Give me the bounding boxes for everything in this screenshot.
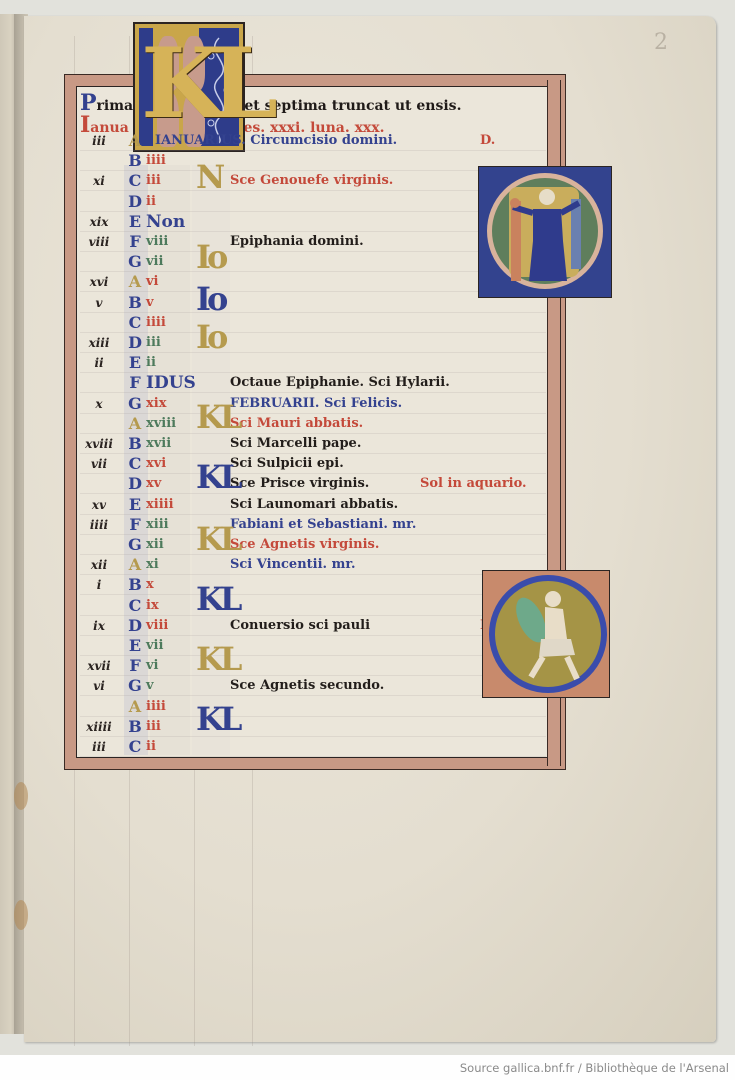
calendar-row: iiiiFxiiiFabiani et Sebastiani. mr. [80, 515, 548, 535]
roman-day: xii [146, 535, 192, 555]
dominical-letter: C [126, 171, 144, 191]
roman-day: ii [146, 192, 192, 212]
feast-entry: Sce Agnetis virginis. [230, 535, 379, 555]
dominical-letter: C [126, 737, 144, 757]
dominical-letter: E [126, 495, 144, 515]
calendar-row: xGxixFEBRUARII. Sci Felicis. [80, 394, 548, 414]
roman-day: v [146, 293, 192, 313]
roman-day: vi [146, 656, 192, 676]
golden-number: xiiii [80, 717, 118, 737]
roman-day: iiii [146, 151, 192, 171]
roman-day: viii [146, 232, 192, 252]
dominical-letter: G [126, 252, 144, 272]
kalends-mark: KL [196, 520, 238, 558]
dominical-letter: D [126, 333, 144, 353]
feast-entry: FEBRUARII. Sci Felicis. [230, 394, 402, 414]
feast-entry: Sce Agnetis secundo. [230, 676, 384, 696]
calendar-row: Cix [80, 596, 548, 616]
calendar-row: iiiCii [80, 737, 548, 757]
calendar-row: xiiiDiii [80, 333, 548, 353]
roman-day: Non [146, 212, 192, 232]
feast-entry: Sci Mauri abbatis. [230, 414, 363, 434]
miniature-aquarius [482, 570, 610, 698]
calendar-row: Ciiii [80, 313, 548, 333]
golden-number: xix [80, 212, 118, 232]
dominical-letter: A [126, 272, 144, 292]
feast-entry: Fabiani et Sebastiani. mr. [230, 515, 416, 535]
calendar-row: iBx [80, 575, 548, 595]
dominical-letter: G [126, 676, 144, 696]
kalends-mark: KL [196, 700, 238, 738]
golden-number: iii [80, 737, 118, 757]
dominical-letter: C [126, 454, 144, 474]
feast-entry: Sce Genouefe virginis. [230, 171, 393, 191]
calendar-row: xviiFvi [80, 656, 548, 676]
feast-entry: Sci Sulpicii epi. [230, 454, 344, 474]
golden-number: x [80, 394, 118, 414]
calendar-row: AxviiiSci Mauri abbatis. [80, 414, 548, 434]
golden-number: v [80, 293, 118, 313]
marginal-note: D. [480, 131, 495, 151]
golden-number: ii [80, 353, 118, 373]
dominical-letter: D [126, 616, 144, 636]
dominical-letter: G [126, 394, 144, 414]
calendar-row: viGvSce Agnetis secundo. [80, 676, 548, 696]
roman-day: xviii [146, 414, 192, 434]
dominical-letter: F [126, 656, 144, 676]
calendar-row: iiiAKLIANUARIUS. Circumcisio domini.D. [80, 131, 548, 151]
roman-day: v [146, 676, 192, 696]
marginal-note: Sol in aquario. [420, 474, 527, 494]
dominical-letter: E [126, 212, 144, 232]
dominical-letter: F [126, 232, 144, 252]
calendar-row: GxiiSce Agnetis virginis. [80, 535, 548, 555]
feast-entry: Conuersio sci pauli [230, 616, 370, 636]
roman-day: xiiii [146, 495, 192, 515]
golden-number: ix [80, 616, 118, 636]
dominical-letter: D [126, 474, 144, 494]
feast-entry: Sci Launomari abbatis. [230, 495, 398, 515]
roman-day: iiii [146, 697, 192, 717]
calendar-row: xiiiiBiii [80, 717, 548, 737]
roman-day: xi [146, 555, 192, 575]
roman-day: xv [146, 474, 192, 494]
kalends-mark: Io [196, 280, 224, 318]
roman-day: iii [146, 717, 192, 737]
golden-number: iiii [80, 515, 118, 535]
calendar-row: Aiiii [80, 697, 548, 717]
golden-number: vii [80, 454, 118, 474]
dominical-letter: B [126, 434, 144, 454]
kalends-mark: Io [196, 238, 224, 276]
dominical-letter: D [126, 192, 144, 212]
feast-entry: Octaue Epiphanie. Sci Hylarii. [230, 373, 450, 393]
roman-day: xix [146, 394, 192, 414]
dominical-letter: B [126, 293, 144, 313]
source-credit: Source gallica.bnf.fr / Bibliothèque de … [460, 1061, 729, 1075]
calendar-row: iiEii [80, 353, 548, 373]
dominical-letter: G [126, 535, 144, 555]
roman-day: vii [146, 252, 192, 272]
dominical-letter: A [126, 697, 144, 717]
roman-day: iii [146, 333, 192, 353]
dominical-letter: A [126, 414, 144, 434]
calendar-row: viiCxviSci Sulpicii epi. [80, 454, 548, 474]
roman-day: vi [146, 272, 192, 292]
roman-day: xvi [146, 454, 192, 474]
miniature-janus [478, 166, 612, 298]
golden-number: xi [80, 171, 118, 191]
dominical-letter: B [126, 151, 144, 171]
golden-number: vi [80, 676, 118, 696]
roman-day: iii [146, 171, 192, 191]
dominical-letter: B [126, 575, 144, 595]
kalends-mark: Io [196, 318, 224, 356]
calendar-row: DxvSce Prisce virginis.Sol in aquario. [80, 474, 548, 494]
golden-number: xvi [80, 272, 118, 292]
golden-number: xiii [80, 333, 118, 353]
roman-day: x [146, 575, 192, 595]
roman-day: viii [146, 616, 192, 636]
feast-entry: Sci Marcelli pape. [230, 434, 361, 454]
feast-entry: Sci Vincentii. mr. [230, 555, 356, 575]
calendar-row: FIDUSOctaue Epiphanie. Sci Hylarii. [80, 373, 548, 393]
golden-number: xii [80, 555, 118, 575]
folio-number: 2 [654, 30, 668, 55]
calendar-row: Evii [80, 636, 548, 656]
golden-number: xviii [80, 434, 118, 454]
dominical-letter: A [126, 555, 144, 575]
kalends-mark: KL [196, 580, 238, 618]
roman-day: xiii [146, 515, 192, 535]
dominical-letter: F [126, 373, 144, 393]
dominical-letter: B [126, 717, 144, 737]
feast-entry: IANUARIUS. Circumcisio domini. [155, 131, 397, 151]
dominical-letter: A [126, 131, 144, 151]
golden-number: i [80, 575, 118, 595]
dominical-letter: C [126, 313, 144, 333]
golden-number: xv [80, 495, 118, 515]
roman-day: ii [146, 737, 192, 757]
feast-entry: Epiphania domini. [230, 232, 364, 252]
dominical-letter: E [126, 636, 144, 656]
kalends-mark: N [196, 158, 221, 196]
kalends-mark: KL [196, 640, 238, 678]
initial-glyph: KL [141, 34, 264, 134]
aquarius-figure-icon [501, 585, 597, 685]
kalends-mark: KL [196, 398, 238, 436]
roman-day: ix [146, 596, 192, 616]
golden-number: xvii [80, 656, 118, 676]
kalends-mark: KL [196, 458, 238, 496]
roman-day: vii [146, 636, 192, 656]
calendar-row: xiiAxiSci Vincentii. mr. [80, 555, 548, 575]
feast-entry: Sce Prisce virginis. [230, 474, 369, 494]
janus-figure-icon [503, 181, 591, 291]
calendar-row: xvExiiiiSci Launomari abbatis. [80, 495, 548, 515]
roman-day: IDUS [146, 373, 192, 393]
calendar-row: ixDviiiConuersio sci pauliD. [80, 616, 548, 636]
roman-day: ii [146, 353, 192, 373]
dominical-letter: C [126, 596, 144, 616]
dominical-letter: F [126, 515, 144, 535]
dominical-letter: E [126, 353, 144, 373]
stain [14, 900, 28, 930]
roman-day: iiii [146, 313, 192, 333]
golden-number: iii [80, 131, 118, 151]
stain [14, 782, 28, 810]
golden-number: viii [80, 232, 118, 252]
calendar-row: xviiiBxviiSci Marcelli pape. [80, 434, 548, 454]
roman-day: xvii [146, 434, 192, 454]
